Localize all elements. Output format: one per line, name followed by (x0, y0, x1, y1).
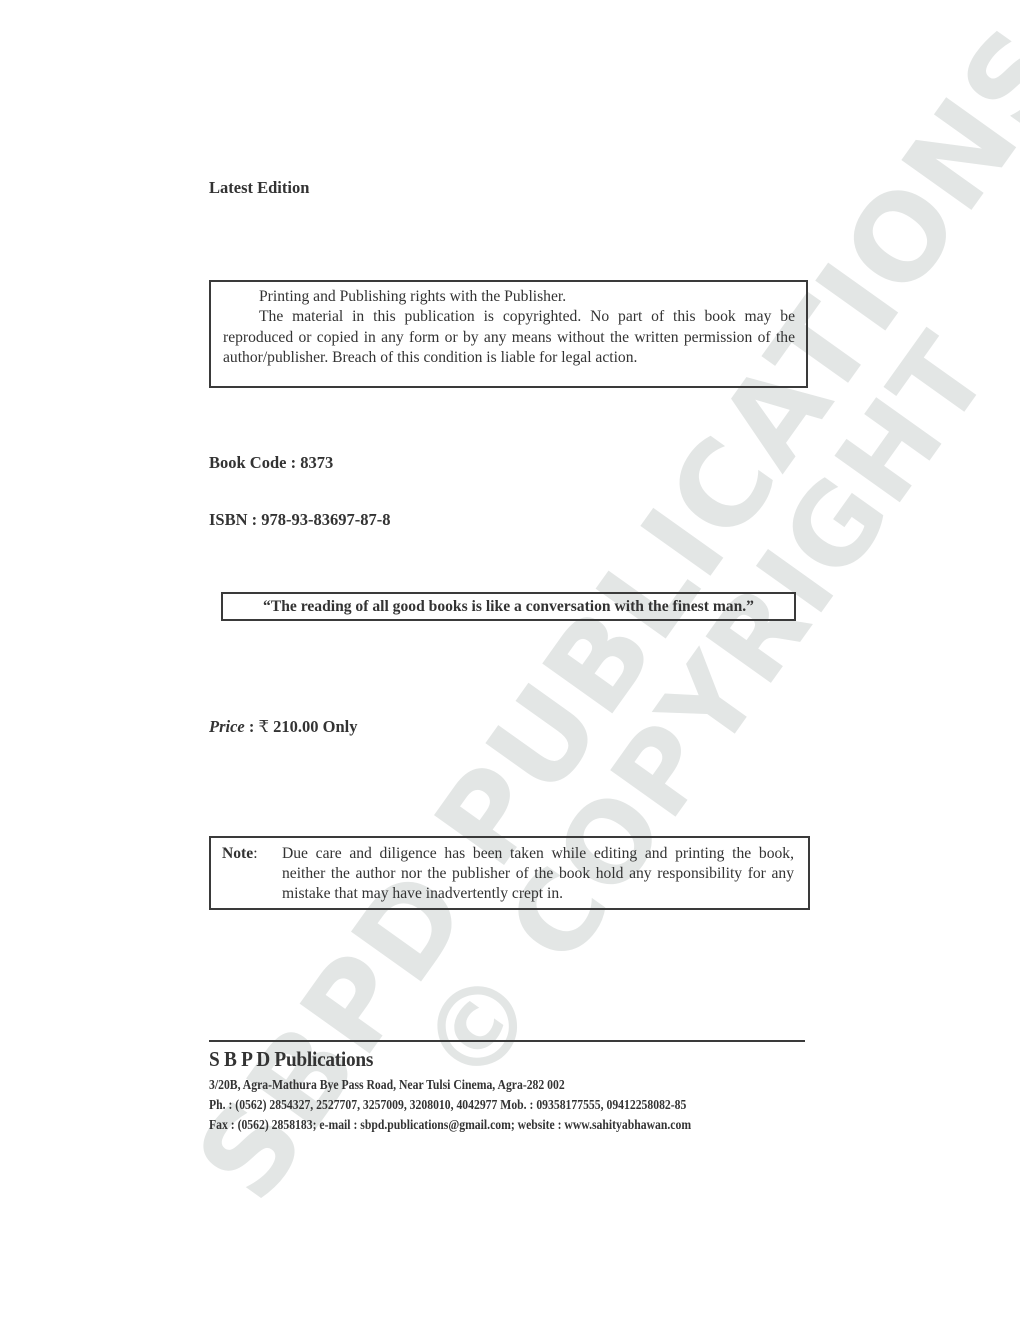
rights-notice-paragraph-2: The material in this publication is copy… (223, 307, 795, 368)
book-code-label: Book Code : (209, 453, 300, 472)
price-label: Price (209, 717, 245, 736)
isbn-label: ISBN : (209, 510, 261, 529)
book-code-value: 8373 (300, 453, 333, 472)
isbn: ISBN : 978-93-83697-87-8 (209, 510, 391, 530)
book-code: Book Code : 8373 (209, 453, 333, 473)
edition-label: Latest Edition (209, 178, 309, 198)
publisher-name: S B P D Publications (209, 1047, 373, 1072)
note-box: Note: Due care and diligence has been ta… (209, 836, 810, 910)
price: Price : ₹ 210.00 Only (209, 717, 357, 737)
price-separator: : (245, 717, 259, 736)
note-label: Note: (222, 844, 282, 908)
price-amount: 210.00 (273, 717, 318, 736)
note-label-text: Note (222, 845, 253, 862)
publisher-contact: Fax : (0562) 2858183; e-mail : sbpd.publ… (209, 1117, 691, 1133)
publisher-phone: Ph. : (0562) 2854327, 2527707, 3257009, … (209, 1097, 686, 1113)
quote-text: “The reading of all good books is like a… (263, 598, 754, 615)
note-text: Due care and diligence has been taken wh… (282, 844, 794, 908)
copyright-page: Latest Edition Printing and Publishing r… (0, 0, 1020, 1320)
rights-notice-paragraph-1: Printing and Publishing rights with the … (223, 287, 795, 307)
publisher-address: 3/20B, Agra-Mathura Bye Pass Road, Near … (209, 1077, 565, 1093)
rupee-icon: ₹ (258, 717, 269, 736)
price-suffix: Only (323, 717, 358, 736)
rights-notice-box: Printing and Publishing rights with the … (209, 280, 808, 388)
quote-box: “The reading of all good books is like a… (221, 592, 796, 621)
isbn-value: 978-93-83697-87-8 (261, 510, 390, 529)
note-label-colon: : (253, 845, 257, 862)
footer-divider (209, 1040, 805, 1042)
